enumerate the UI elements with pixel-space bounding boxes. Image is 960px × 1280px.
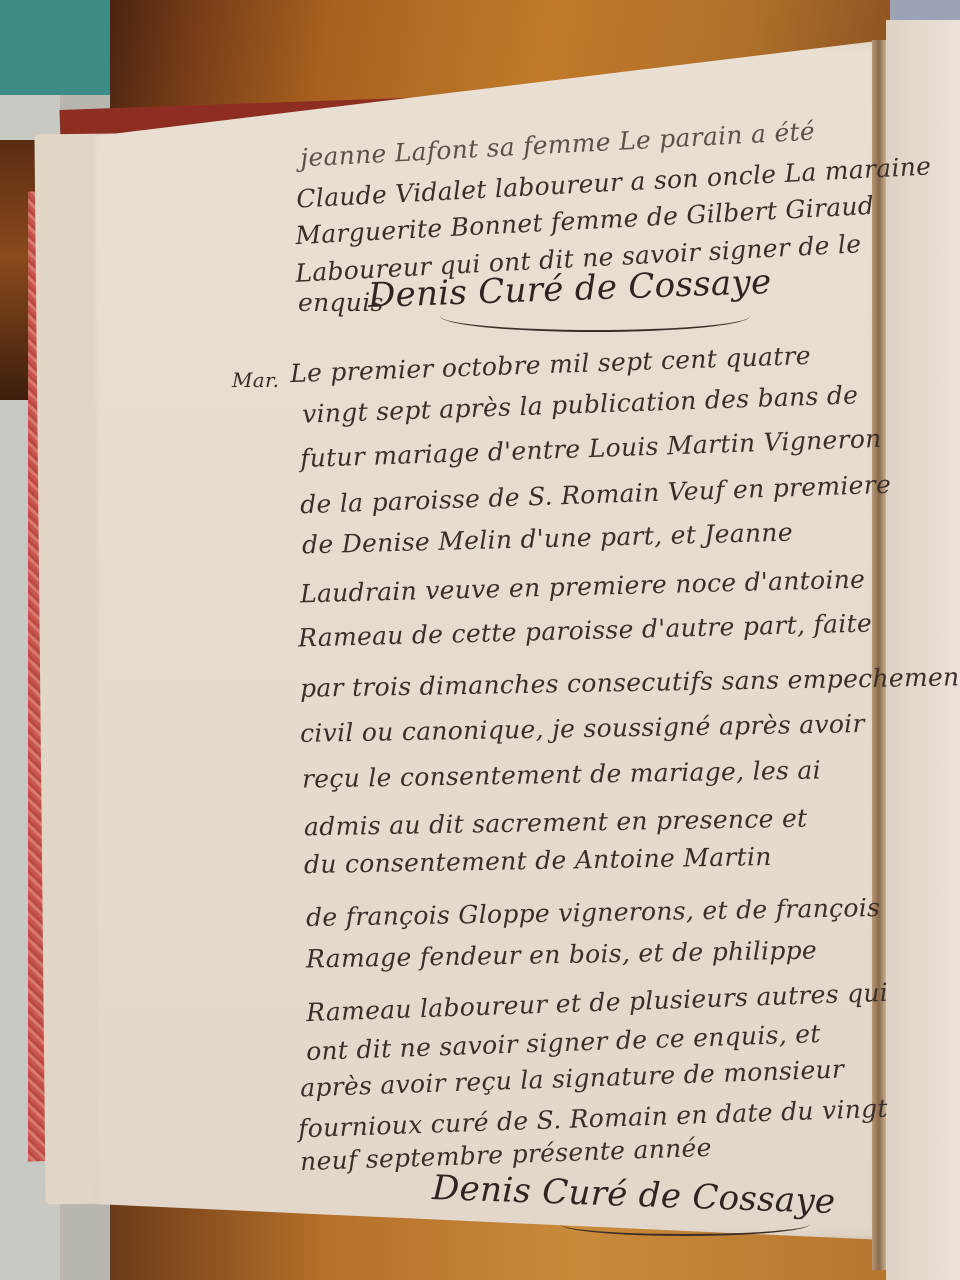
signature-underline — [560, 1212, 810, 1236]
facing-page — [886, 20, 960, 1280]
signature-flourish — [440, 300, 750, 332]
margin-note: Mar. — [232, 370, 279, 390]
handwritten-line: du consentement de Antoine Martin — [304, 844, 772, 877]
book-gutter — [872, 40, 886, 1270]
teal-background — [0, 0, 115, 95]
